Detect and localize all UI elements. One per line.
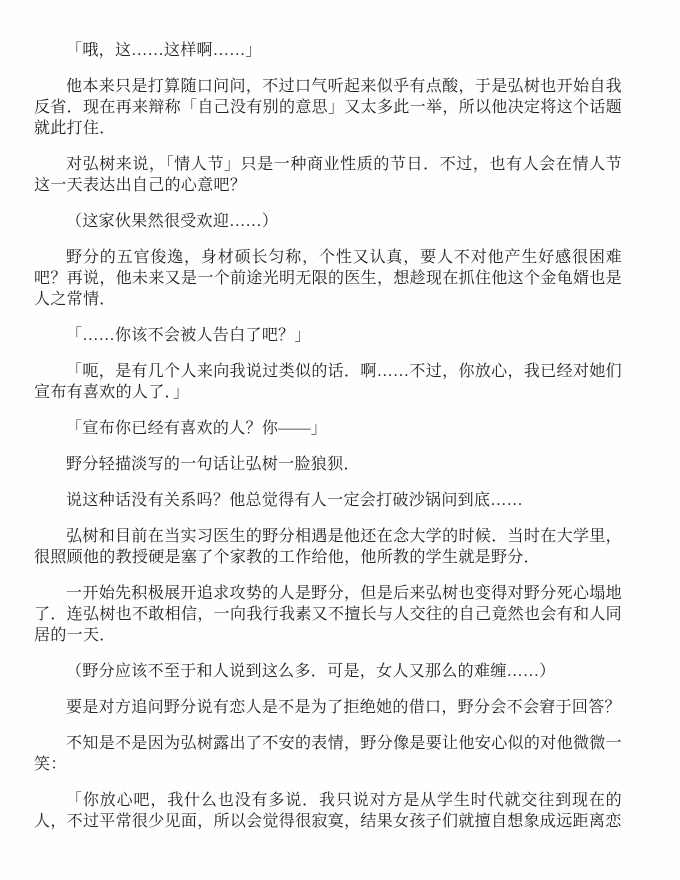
paragraph-narration: 说这种话没有关系吗？他总觉得有人一定会打破沙锅问到底…… [34,490,622,511]
paragraph-narration: 不知是不是因为弘树露出了不安的表情，野分像是要让他安心似的对他微微一笑： [34,733,622,775]
paragraph-narration: 弘树和目前在当实习医生的野分相遇是他还在念大学的时候．当时在大学里，很照顾他的教… [34,526,622,568]
text-block: 「哦，这……这样啊……」 他本来只是打算随口问问，不过口气听起来似乎有点酸，于是… [34,40,622,847]
paragraph-dialogue: 「宣布你已经有喜欢的人？你——」 [34,418,622,439]
paragraph-dialogue: 「你放心吧，我什么也没有多说．我只说对方是从学生时代就交往到现在的人，不过平常很… [34,790,622,832]
paragraph-dialogue: 「……你该不会被人告白了吧？」 [34,325,622,346]
novel-page: 「哦，这……这样啊……」 他本来只是打算随口问问，不过口气听起来似乎有点酸，于是… [0,0,680,880]
paragraph-narration: 野分的五官俊逸，身材硕长匀称，个性又认真，要人不对他产生好感很困难吧？再说，他未… [34,247,622,310]
paragraph-dialogue: 「哦，这……这样啊……」 [34,40,622,61]
paragraph-dialogue: 「呃，是有几个人来向我说过类似的话．啊……不过，你放心，我已经对她们宣布有喜欢的… [34,361,622,403]
paragraph-narration: 一开始先积极展开追求攻势的人是野分，但是后来弘树也变得对野分死心塌地了．连弘树也… [34,583,622,646]
paragraph-narration: 他本来只是打算随口问问，不过口气听起来似乎有点酸，于是弘树也开始自我反省．现在再… [34,76,622,139]
paragraph-narration: 野分轻描淡写的一句话让弘树一脸狼狈． [34,454,622,475]
paragraph-inner-thought: （野分应该不至于和人说到这么多．可是，女人又那么的难缠……） [34,661,622,682]
paragraph-narration: 对弘树来说，「情人节」只是一种商业性质的节日．不过，也有人会在情人节这一天表达出… [34,154,622,196]
paragraph-inner-thought: （这家伙果然很受欢迎……） [34,211,622,232]
paragraph-narration: 要是对方追问野分说有恋人是不是为了拒绝她的借口，野分会不会窘于回答？ [34,697,622,718]
